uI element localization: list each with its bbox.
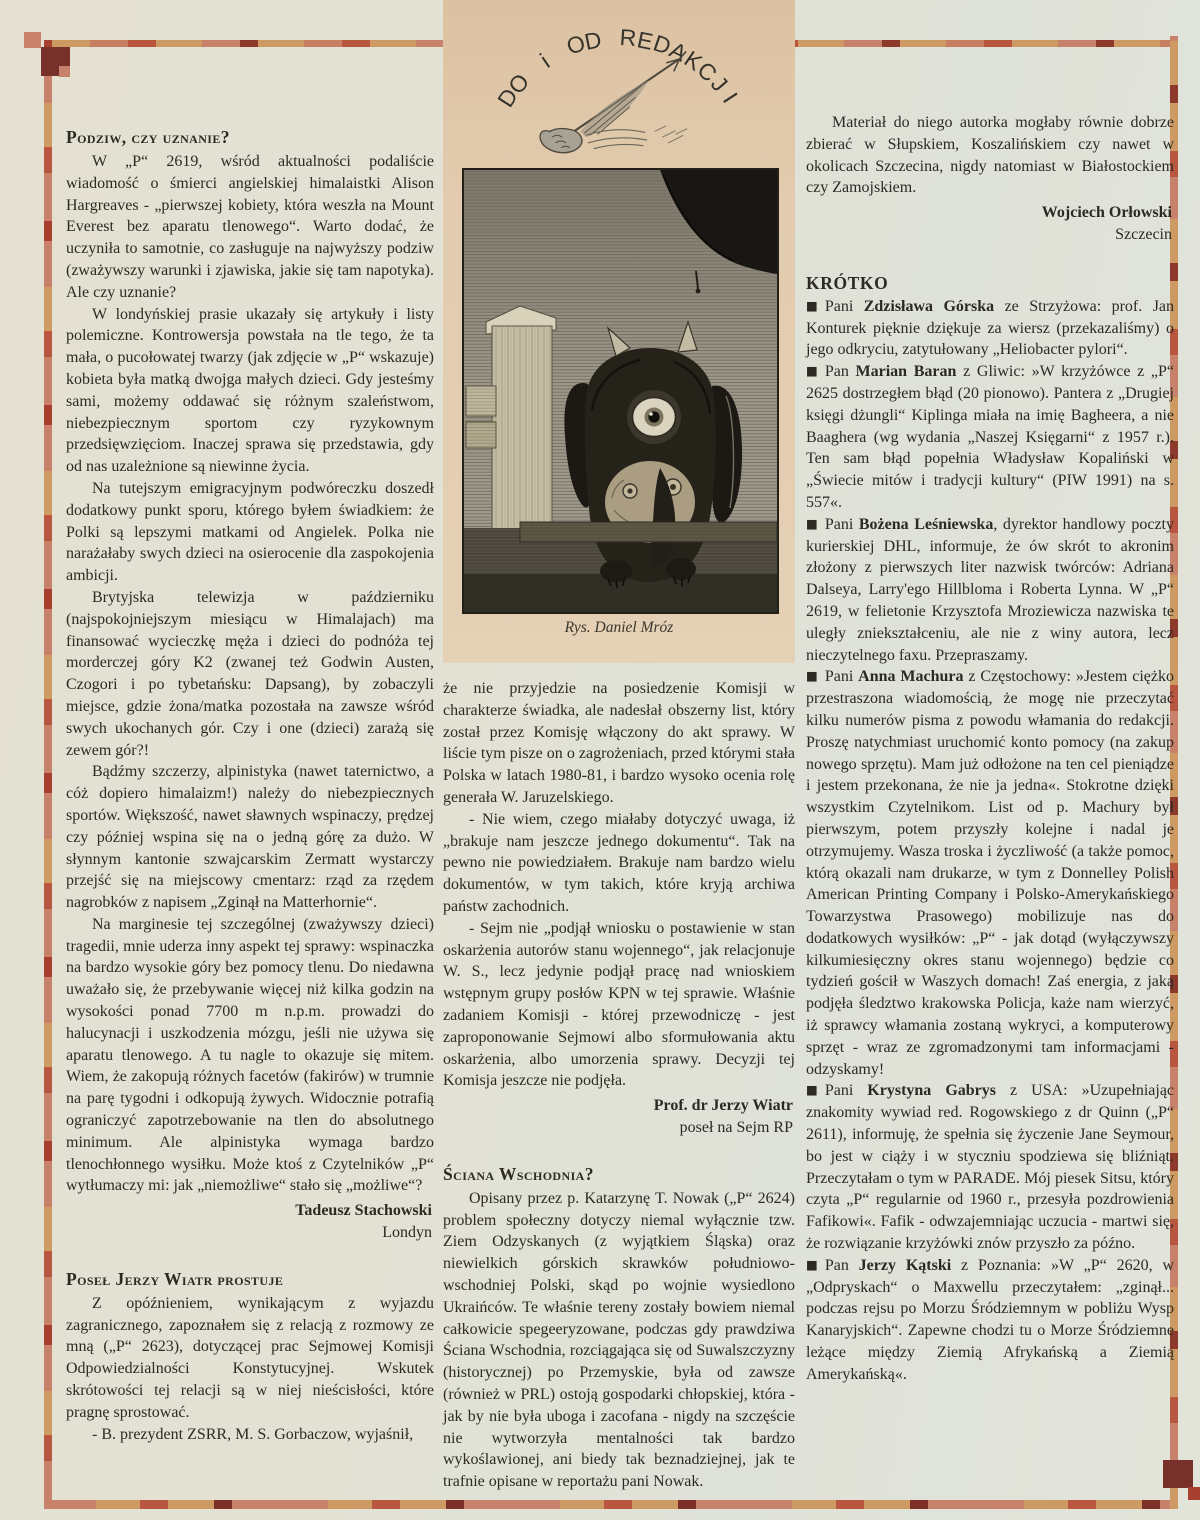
letter-heading: Poseł Jerzy Wiatr prostuje [66, 1268, 434, 1290]
salutation: Pan [825, 1257, 849, 1274]
bullet-square-icon: ■ [806, 295, 818, 317]
salutation: Pani [825, 298, 853, 315]
signature-name: Tadeusz Stachowski [66, 1200, 432, 1222]
salutation: Pani [825, 516, 853, 533]
bullet-square-icon: ■ [806, 1254, 818, 1276]
magazine-letters-page: DOiODREDAKCJI [0, 0, 1200, 1520]
signature-block: Prof. dr Jerzy Wiatr poseł na Sejm RP [443, 1095, 793, 1139]
paragraph: Opisany przez p. Katarzynę T. Nowak („P“… [443, 1188, 795, 1493]
item-text: z Częstochowy: »Jestem ciężko przestrasz… [806, 668, 1174, 1077]
paragraph: Na tutejszym emigracyjnym podwóreczku do… [66, 478, 434, 587]
letter-heading: Podziw, czy uznanie? [66, 126, 434, 148]
krotko-item: ■Pan Jerzy Kątski z Poznania: »W „P“ 262… [806, 1255, 1174, 1386]
reader-name: Anna Machura [858, 668, 963, 685]
paragraph: Materiał do niego autorka mogłaby równie… [806, 112, 1174, 199]
krotko-item: ■Pani Zdzisława Górska ze Strzyżowa: pro… [806, 296, 1174, 361]
border-left [44, 40, 52, 1509]
krotko-item: ■Pani Anna Machura z Częstochowy: »Jeste… [806, 666, 1174, 1080]
border-ornament-top-left [24, 32, 41, 48]
salutation: Pani [825, 1082, 853, 1099]
salutation: Pan [825, 363, 849, 380]
salutation: Pani [825, 668, 853, 685]
paragraph: - B. prezydent ZSRR, M. S. Gorbaczow, wy… [66, 1424, 434, 1446]
reader-name: Zdzisława Górska [864, 298, 994, 315]
signature-role: poseł na Sejm RP [443, 1117, 793, 1139]
border-ornament-top-left [59, 66, 70, 77]
signature-block: Tadeusz Stachowski Londyn [66, 1200, 432, 1244]
signature-location: Szczecin [806, 224, 1172, 246]
bullet-square-icon: ■ [806, 1079, 818, 1101]
paragraph: W londyńskiej prasie ukazały się artykuł… [66, 304, 434, 478]
item-text: , dyrektor handlowy poczty kurierskiej D… [806, 516, 1174, 664]
signature-name: Wojciech Orłowski [806, 202, 1172, 224]
engraving-illustration [462, 168, 779, 614]
bullet-square-icon: ■ [806, 513, 818, 535]
paragraph: Z opóźnieniem, wynikającym z wyjazdu zag… [66, 1293, 434, 1424]
signature-block: Wojciech Orłowski Szczecin [806, 202, 1172, 246]
illustration-caption: Rys. Daniel Mróz [443, 619, 795, 637]
letter-heading: Ściana Wschodnia? [443, 1163, 795, 1185]
quill-pen-illustration [523, 40, 733, 162]
border-ornament-bottom-right [1188, 1487, 1200, 1500]
item-text: z USA: »Uzupełniając znakomity wywiad re… [806, 1082, 1174, 1252]
signature-location: Londyn [66, 1222, 432, 1244]
krotko-item: ■Pani Bożena Leśniewska, dyrektor handlo… [806, 514, 1174, 667]
header-panel: DOiODREDAKCJI [443, 0, 795, 663]
bullet-square-icon: ■ [806, 665, 818, 687]
reader-name: Jerzy Kątski [859, 1257, 952, 1274]
column-middle: że nie przyjedzie na posiedzenie Komisji… [443, 678, 795, 1493]
column-left: Podziw, czy uznanie? W „P“ 2619, wśród a… [66, 126, 434, 1445]
paragraph: Bądźmy szczerzy, alpinistyka (nawet tate… [66, 761, 434, 914]
bullet-square-icon: ■ [806, 360, 818, 382]
item-text: z Poznania: »W „P“ 2620, w „Odpryskach“ … [806, 1257, 1174, 1383]
krotko-heading: KRÓTKO [806, 272, 1174, 294]
signature-name: Prof. dr Jerzy Wiatr [443, 1095, 793, 1117]
border-ornament-bottom-right [1163, 1460, 1193, 1488]
reader-name: Bożena Leśniewska [859, 516, 993, 533]
paragraph: że nie przyjedzie na posiedzenie Komisji… [443, 678, 795, 809]
krotko-item: ■Pani Krystyna Gabrys z USA: »Uzupełniaj… [806, 1080, 1174, 1254]
column-right: Materiał do niego autorka mogłaby równie… [806, 112, 1174, 1386]
krotko-item: ■Pan Marian Baran z Gliwic: »W krzyżówce… [806, 361, 1174, 514]
border-bottom [44, 1500, 1178, 1509]
paragraph: W „P“ 2619, wśród aktualności podaliście… [66, 151, 434, 304]
paragraph: Na marginesie tej szczególnej (zważywszy… [66, 914, 434, 1197]
paragraph: - Sejm nie „podjął wniosku o postawienie… [443, 918, 795, 1092]
item-text: z Gliwic: »W krzyżówce z „P“ 2625 dostrz… [806, 363, 1174, 511]
reader-name: Krystyna Gabrys [867, 1082, 996, 1099]
paragraph: Brytyjska telewizja w październiku (najs… [66, 587, 434, 761]
paragraph: - Nie wiem, czego miałaby dotyczyć uwaga… [443, 809, 795, 918]
reader-name: Marian Baran [856, 363, 957, 380]
